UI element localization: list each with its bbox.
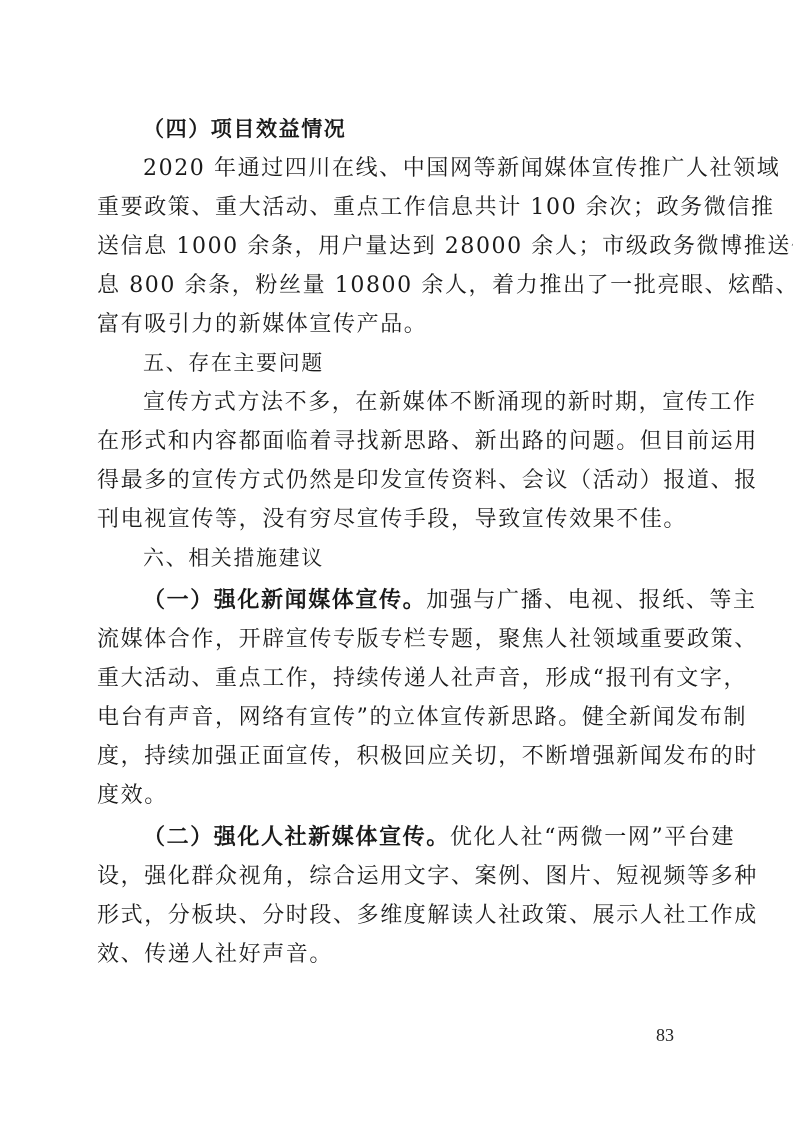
suggestion-item-1-title: （一）强化新闻媒体宣传。 bbox=[143, 587, 426, 613]
paragraph-line: 富有吸引力的新媒体宣传产品。 bbox=[97, 305, 705, 344]
paragraph-line: 刊电视宣传等，没有穷尽宣传手段，导致宣传效果不佳。 bbox=[97, 500, 705, 539]
section-heading-problems: 五、存在主要问题 bbox=[97, 344, 705, 383]
paragraph-line: 效、传递人社好声音。 bbox=[97, 935, 705, 974]
paragraph-line: 送信息 1000 余条，用户量达到 28000 余人；市级政务微博推送信 bbox=[97, 227, 705, 266]
paragraph-line: 息 800 余条，粉丝量 10800 余人，着力推出了一批亮眼、炫酷、 bbox=[97, 266, 705, 305]
paragraph-line: 度，持续加强正面宣传，积极回应关切，不断增强新闻发布的时 bbox=[97, 737, 705, 776]
paragraph-line: 重大活动、重点工作，持续传递人社声音，形成“报刊有文字， bbox=[97, 659, 705, 698]
suggestion-item-2-title: （二）强化人社新媒体宣传。 bbox=[143, 824, 450, 850]
paragraph-line: 宣传方式方法不多，在新媒体不断涌现的新时期，宣传工作 bbox=[97, 383, 705, 422]
section-heading-suggestions: 六、相关措施建议 bbox=[97, 539, 705, 578]
paragraph-line: 流媒体合作，开辟宣传专版专栏专题，聚焦人社领域重要政策、 bbox=[97, 620, 705, 659]
subsection-heading-benefits: （四）项目效益情况 bbox=[97, 110, 705, 149]
paragraph-line: 2020 年通过四川在线、中国网等新闻媒体宣传推广人社领域 bbox=[97, 149, 705, 188]
paragraph-line: 度效。 bbox=[97, 776, 705, 815]
suggestion-item-1-first-line: （一）强化新闻媒体宣传。加强与广播、电视、报纸、等主 bbox=[97, 581, 705, 620]
paragraph-line: 在形式和内容都面临着寻找新思路、新出路的问题。但目前运用 bbox=[97, 422, 705, 461]
suggestion-item-2-text: 优化人社“两微一网”平台建 bbox=[450, 825, 735, 850]
paragraph-line: 设，强化群众视角，综合运用文字、案例、图片、短视频等多种 bbox=[97, 857, 705, 896]
paragraph-line: 电台有声音，网络有宣传”的立体宣传新思路。健全新闻发布制 bbox=[97, 698, 705, 737]
document-page: （四）项目效益情况 2020 年通过四川在线、中国网等新闻媒体宣传推广人社领域 … bbox=[97, 110, 705, 974]
paragraph-line: 形式，分板块、分时段、多维度解读人社政策、展示人社工作成 bbox=[97, 896, 705, 935]
page-number: 83 bbox=[656, 1025, 674, 1046]
paragraph-line: 得最多的宣传方式仍然是印发宣传资料、会议（活动）报道、报 bbox=[97, 461, 705, 500]
suggestion-item-2-first-line: （二）强化人社新媒体宣传。优化人社“两微一网”平台建 bbox=[97, 818, 705, 857]
paragraph-line: 重要政策、重大活动、重点工作信息共计 100 余次；政务微信推 bbox=[97, 188, 705, 227]
suggestion-item-1-text: 加强与广播、电视、报纸、等主 bbox=[426, 588, 756, 613]
